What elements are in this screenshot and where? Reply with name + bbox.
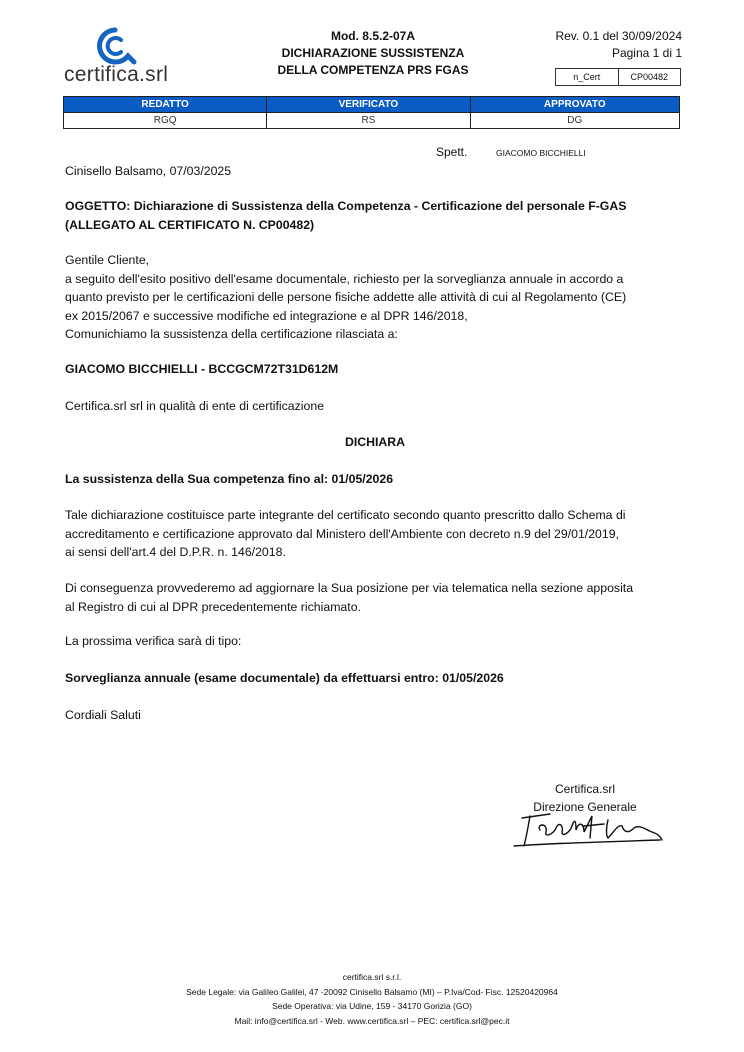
approval-table: REDATTO VERIFICATO APPROVATO RGQ RS DG [63, 96, 680, 129]
paragraph-registry: Di conseguenza provvederemo ad aggiornar… [65, 579, 685, 616]
text-line: ai sensi dell'art.4 del D.P.R. n. 146/20… [65, 543, 685, 562]
cert-label: n_Cert [556, 69, 619, 85]
paragraph-scheme: Tale dichiarazione costituisce parte int… [65, 506, 685, 562]
cert-value: CP00482 [619, 69, 681, 85]
footer-legal-address: Sede Legale: via Galileo Galilei, 47 -20… [0, 985, 744, 1000]
value-approvato: DG [470, 113, 679, 129]
header-redatto: REDATTO [64, 97, 267, 113]
cert-number-box: n_Cert CP00482 [555, 68, 681, 86]
signature-company: Certifica.srl [515, 780, 655, 798]
footer-company: certifica.srl s.r.l. [0, 970, 744, 985]
paragraph-intro: Gentile Cliente, a seguito dell'esito po… [65, 251, 685, 344]
recipient-label: Spett. [436, 145, 467, 159]
text-line: quanto previsto per le certificazioni de… [65, 288, 685, 307]
header-verificato: VERIFICATO [267, 97, 470, 113]
text-line: ex 2015/2067 e successive modifiche ed i… [65, 307, 685, 326]
greeting: Gentile Cliente, [65, 251, 685, 270]
footer-contacts: Mail: info@certifica.srl - Web. www.cert… [0, 1014, 744, 1029]
certificate-holder: GIACOMO BICCHIELLI - BCCGCM72T31D612M [65, 360, 685, 379]
subject-line-2: (ALLEGATO AL CERTIFICATO N. CP00482) [65, 216, 685, 235]
handwritten-signature-icon [510, 810, 670, 850]
recipient-name: GIACOMO BICCHIELLI [496, 148, 586, 158]
title-line-1: DICHIARAZIONE SUSSISTENZA [262, 45, 484, 62]
declares-heading: DICHIARA [65, 433, 685, 452]
text-line: a seguito dell'esito positivo dell'esame… [65, 270, 685, 289]
document-title-block: Mod. 8.5.2-07A DICHIARAZIONE SUSSISTENZA… [262, 28, 484, 79]
value-redatto: RGQ [64, 113, 267, 129]
text-line: Comunichiamo la sussistenza della certif… [65, 325, 685, 344]
next-check-intro: La prossima verifica sarà di tipo: [65, 632, 685, 651]
subject: OGGETTO: Dichiarazione di Sussistenza de… [65, 197, 685, 234]
next-check: Sorveglianza annuale (esame documentale)… [65, 669, 685, 688]
title-line-2: DELLA COMPETENZA PRS FGAS [262, 62, 484, 79]
revision: Rev. 0.1 del 30/09/2024 [555, 28, 682, 45]
validity-statement: La sussistenza della Sua competenza fino… [65, 470, 685, 489]
certifica-logo-icon [92, 26, 138, 66]
module-code: Mod. 8.5.2-07A [262, 28, 484, 45]
header-approvato: APPROVATO [470, 97, 679, 113]
entity-statement: Certifica.srl srl in qualità di ente di … [65, 397, 685, 416]
text-line: Tale dichiarazione costituisce parte int… [65, 506, 685, 525]
page-indicator: Pagina 1 di 1 [555, 45, 682, 62]
closing: Cordiali Saluti [65, 706, 685, 725]
logo-text: certifica.srl [64, 63, 168, 87]
footer-operational-address: Sede Operativa: via Udine, 159 - 34170 G… [0, 999, 744, 1014]
footer: certifica.srl s.r.l. Sede Legale: via Ga… [0, 970, 744, 1028]
subject-line-1: OGGETTO: Dichiarazione di Sussistenza de… [65, 197, 685, 216]
text-line: al Registro di cui al DPR precedentement… [65, 598, 685, 617]
text-line: accreditamento e certificazione approvat… [65, 525, 685, 544]
revision-block: Rev. 0.1 del 30/09/2024 Pagina 1 di 1 [555, 28, 682, 62]
value-verificato: RS [267, 113, 470, 129]
text-line: Di conseguenza provvederemo ad aggiornar… [65, 579, 685, 598]
place-date: Cinisello Balsamo, 07/03/2025 [65, 162, 685, 181]
